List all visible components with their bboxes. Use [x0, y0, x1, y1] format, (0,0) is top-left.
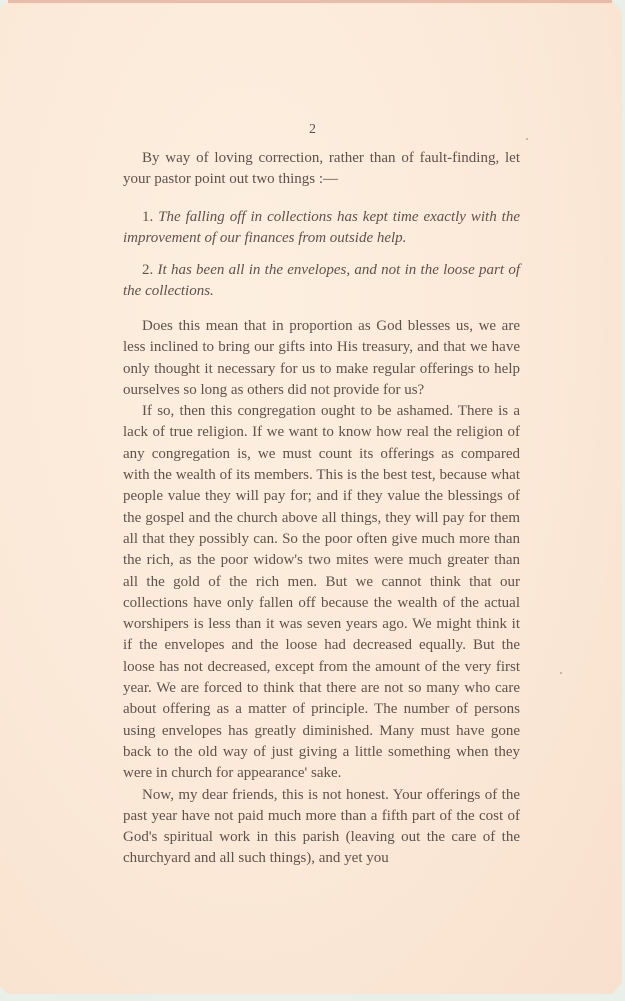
paper-speck	[560, 672, 562, 674]
point-2-text: 2. It has been all in the envelopes, and…	[123, 260, 520, 303]
intro-paragraph: By way of loving correction, rather than…	[123, 148, 520, 191]
paragraph-2: If so, then this congregation ought to b…	[123, 401, 520, 784]
page-number: 2	[0, 122, 625, 138]
point-1-number: 1.	[142, 209, 153, 225]
paper-speck	[526, 138, 528, 140]
point-1: 1. The falling off in collections has ke…	[123, 207, 520, 250]
point-2-number: 2.	[142, 262, 153, 278]
body-text: Does this mean that in proportion as God…	[123, 316, 520, 870]
paragraph-3: Now, my dear friends, this is not honest…	[123, 785, 520, 870]
point-1-text: 1. The falling off in collections has ke…	[123, 207, 520, 250]
page-top-edge	[8, 0, 612, 3]
paragraph-1: Does this mean that in proportion as God…	[123, 316, 520, 401]
intro-text: By way of loving correction, rather than…	[123, 148, 520, 191]
point-2: 2. It has been all in the envelopes, and…	[123, 260, 520, 303]
point-2-body: It has been all in the envelopes, and no…	[123, 262, 520, 299]
point-1-body: The falling off in collections has kept …	[123, 209, 520, 246]
